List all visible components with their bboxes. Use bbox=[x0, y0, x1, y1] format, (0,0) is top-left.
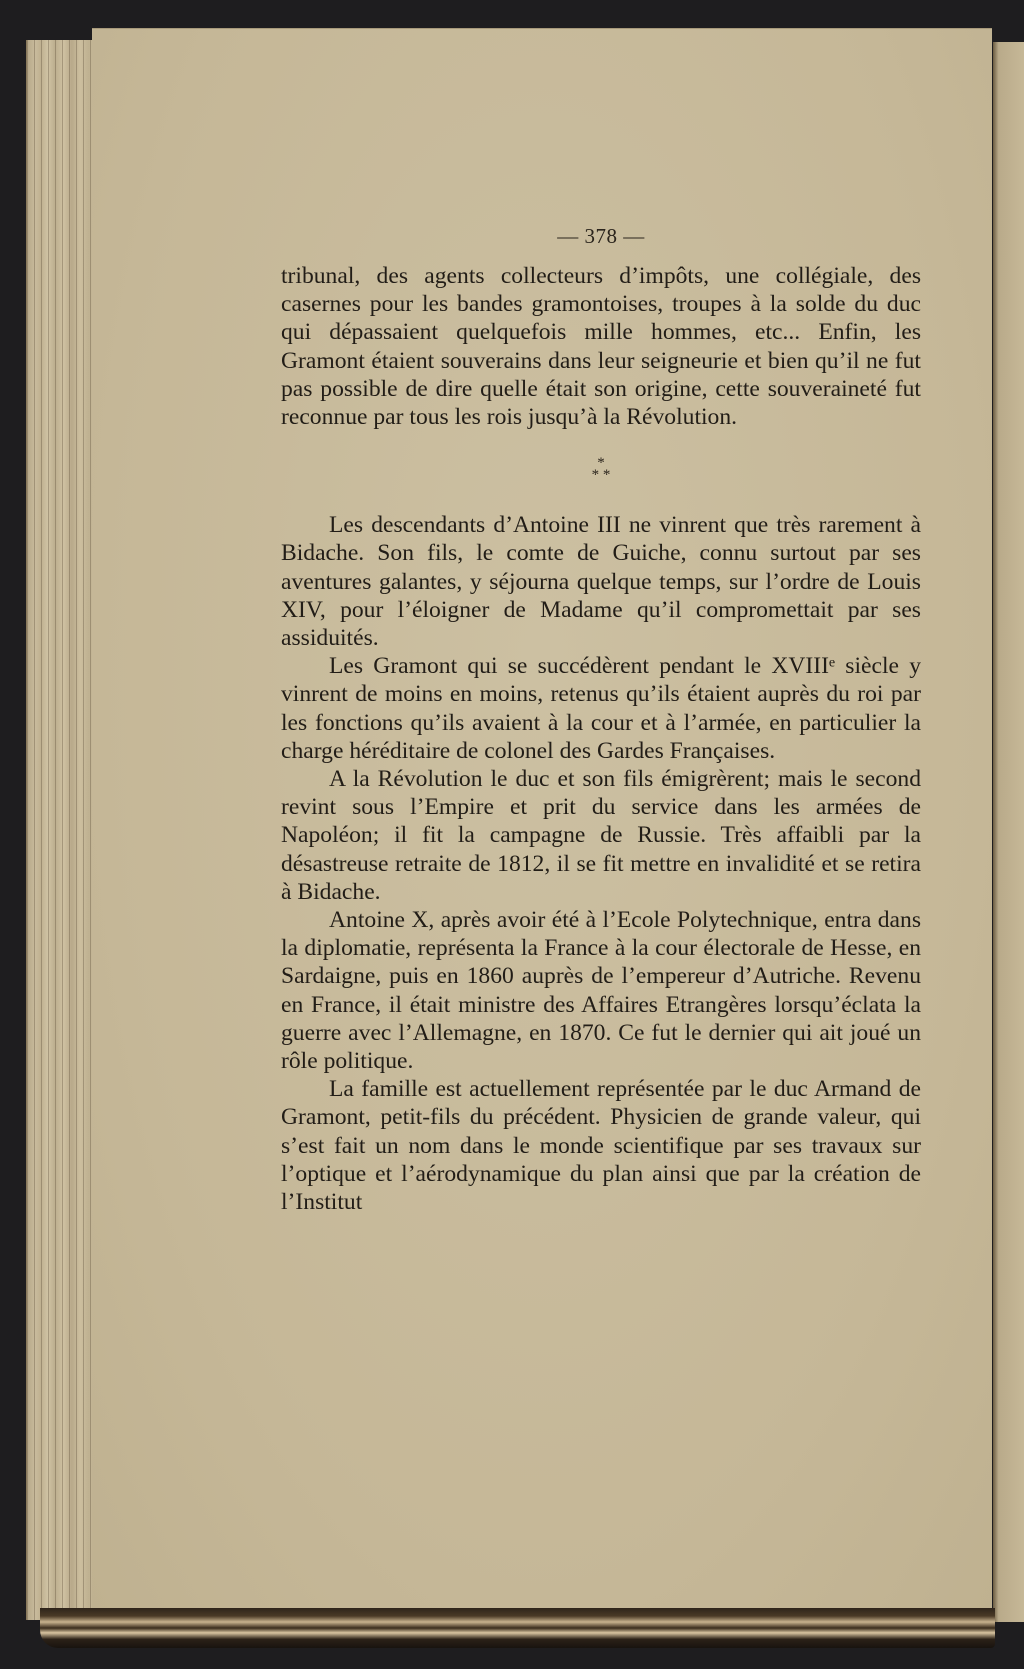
paragraph: Les descendants d’Antoine III ne vinrent… bbox=[281, 511, 921, 652]
book-scan: — 378 — tribunal, des agents collecteurs… bbox=[0, 0, 1024, 1669]
page-number: — 378 — bbox=[281, 222, 921, 250]
page-stack-edge bbox=[26, 40, 97, 1620]
page-bottom-edge bbox=[40, 1608, 995, 1648]
paragraph: Les Gramont qui se succédèrent pendant l… bbox=[281, 652, 921, 765]
facing-page-edge bbox=[993, 42, 1024, 1622]
paragraph: A la Révolution le duc et son fils émigr… bbox=[281, 765, 921, 906]
paragraph: tribunal, des agents collecteurs d’impôt… bbox=[281, 262, 921, 431]
paragraph: La famille est actuellement représentée … bbox=[281, 1075, 921, 1216]
body-text: tribunal, des agents collecteurs d’impôt… bbox=[281, 262, 921, 1216]
asterism-bottom: * * bbox=[281, 469, 921, 481]
paragraph: Antoine X, après avoir été à l’Ecole Pol… bbox=[281, 906, 921, 1075]
section-break-asterism: * * * bbox=[281, 457, 921, 481]
